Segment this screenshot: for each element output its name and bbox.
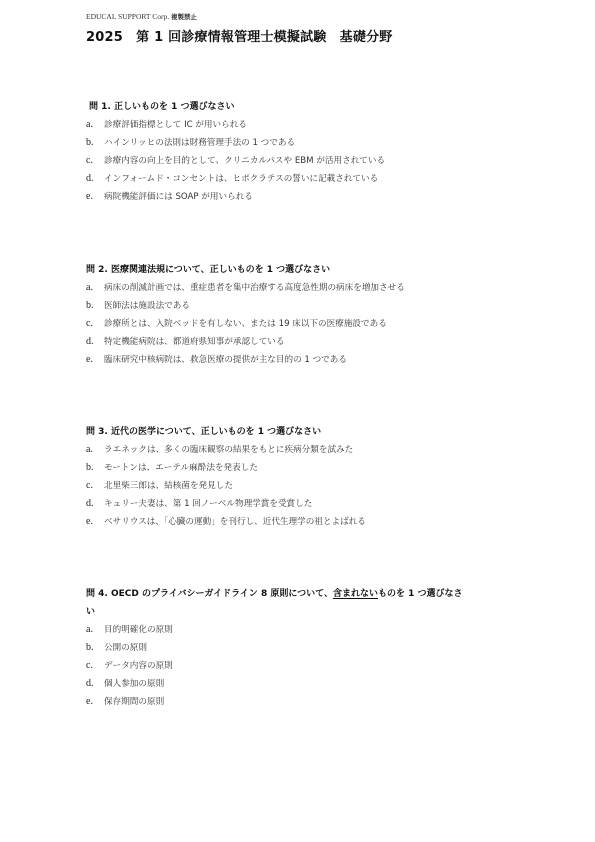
- option-b: b.モートンは、エーテル麻酔法を発表した: [86, 459, 526, 477]
- option-text: 診療評価指標として IC が用いられる: [104, 116, 247, 134]
- option-letter: d.: [86, 333, 104, 351]
- question-heading: 問 3. 近代の医学について、正しいものを 1 つ選びなさい: [86, 423, 526, 441]
- option-e: e.ベサリウスは、「心臓の運動」を刊行し、近代生理学の祖とよばれる: [86, 513, 526, 531]
- question-heading: 問 4. OECD のプライバシーガイドライン 8 原則について、含まれないもの…: [86, 585, 526, 603]
- option-text: インフォームド・コンセントは、ヒポクラテスの誓いに記載されている: [104, 170, 378, 188]
- option-letter: c.: [86, 315, 104, 333]
- option-letter: a.: [86, 441, 104, 459]
- option-text: データ内容の原則: [104, 657, 173, 675]
- question-1: 問 1. 正しいものを 1 つ選びなさい a.診療評価指標として IC が用いら…: [86, 98, 526, 206]
- option-text: 公開の原則: [104, 639, 147, 657]
- option-text: ベサリウスは、「心臓の運動」を刊行し、近代生理学の祖とよばれる: [104, 513, 366, 531]
- option-letter: e.: [86, 188, 104, 206]
- option-letter: c.: [86, 657, 104, 675]
- option-text: キュリー夫妻は、第 1 回ノーベル物理学賞を受賞した: [104, 495, 312, 513]
- option-letter: b.: [86, 297, 104, 315]
- copy-prohibited-notice: 複製禁止: [171, 13, 197, 21]
- option-text: 北里柴三郎は、結核菌を発見した: [104, 477, 233, 495]
- question-prompt-tail: ものを 1 つ選びなさ: [378, 589, 463, 599]
- page-title: 2025 第 1 回診療情報管理士模擬試験 基礎分野: [86, 26, 392, 45]
- option-text: 特定機能病院は、都道府県知事が承認している: [104, 333, 284, 351]
- question-prompt: 正しいものを 1 つ選びなさい: [114, 102, 235, 112]
- option-letter: d.: [86, 675, 104, 693]
- option-text: 診療所とは、入院ベッドを有しない、または 19 床以下の医療施設である: [104, 315, 387, 333]
- option-b: b.公開の原則: [86, 639, 526, 657]
- option-d: d.インフォームド・コンセントは、ヒポクラテスの誓いに記載されている: [86, 170, 526, 188]
- option-text: 病院機能評価には SOAP が用いられる: [104, 188, 253, 206]
- question-4: 問 4. OECD のプライバシーガイドライン 8 原則について、含まれないもの…: [86, 585, 526, 711]
- question-heading-wrap: い: [86, 603, 526, 621]
- option-letter: e.: [86, 693, 104, 711]
- question-prompt: 近代の医学について、正しいものを 1 つ選びなさい: [111, 427, 321, 437]
- option-letter: b.: [86, 639, 104, 657]
- option-e: e.病院機能評価には SOAP が用いられる: [86, 188, 526, 206]
- option-letter: a.: [86, 279, 104, 297]
- option-text: 保存期間の原則: [104, 693, 164, 711]
- question-prompt: OECD のプライバシーガイドライン 8 原則について、: [111, 589, 333, 599]
- page-header: EDUCAL SUPPORT Corp. 複製禁止: [86, 12, 197, 21]
- option-text: 個人参加の原則: [104, 675, 164, 693]
- question-number: 問 2.: [86, 265, 108, 275]
- option-a: a.目的明確化の原則: [86, 621, 526, 639]
- question-number: 問 4.: [86, 589, 108, 599]
- option-b: b.ハインリッヒの法則は財務管理手法の 1 つである: [86, 134, 526, 152]
- option-a: a.診療評価指標として IC が用いられる: [86, 116, 526, 134]
- option-letter: e.: [86, 513, 104, 531]
- option-text: モートンは、エーテル麻酔法を発表した: [104, 459, 258, 477]
- option-letter: e.: [86, 351, 104, 369]
- option-letter: d.: [86, 495, 104, 513]
- option-letter: c.: [86, 152, 104, 170]
- option-c: c.診療内容の向上を目的として、クリニカルパスや EBM が活用されている: [86, 152, 526, 170]
- question-number: 問 3.: [86, 427, 108, 437]
- option-text: ハインリッヒの法則は財務管理手法の 1 つである: [104, 134, 295, 152]
- option-d: d.特定機能病院は、都道府県知事が承認している: [86, 333, 526, 351]
- option-letter: a.: [86, 621, 104, 639]
- question-heading: 問 2. 医療関連法規について、正しいものを 1 つ選びなさい: [86, 261, 526, 279]
- option-letter: d.: [86, 170, 104, 188]
- option-c: c.データ内容の原則: [86, 657, 526, 675]
- option-text: 診療内容の向上を目的として、クリニカルパスや EBM が活用されている: [104, 152, 385, 170]
- question-2: 問 2. 医療関連法規について、正しいものを 1 つ選びなさい a.病床の削減計…: [86, 261, 526, 369]
- option-text: ラエネックは、多くの臨床観察の結果をもとに疾病分類を試みた: [104, 441, 353, 459]
- option-letter: a.: [86, 116, 104, 134]
- question-prompt: 医療関連法規について、正しいものを 1 つ選びなさい: [111, 265, 330, 275]
- option-text: 病床の削減計画では、重症患者を集中治療する高度急性期の病床を増加させる: [104, 279, 405, 297]
- option-d: d.キュリー夫妻は、第 1 回ノーベル物理学賞を受賞した: [86, 495, 526, 513]
- option-text: 臨床研究中核病院は、救急医療の提供が主な目的の 1 つである: [104, 351, 347, 369]
- question-3: 問 3. 近代の医学について、正しいものを 1 つ選びなさい a.ラエネックは、…: [86, 423, 526, 531]
- option-letter: b.: [86, 459, 104, 477]
- question-prompt-emphasis: 含まれない: [333, 589, 378, 599]
- option-text: 目的明確化の原則: [104, 621, 173, 639]
- company-name: EDUCAL SUPPORT Corp.: [86, 12, 169, 21]
- option-b: b.医師法は施設法である: [86, 297, 526, 315]
- option-a: a.ラエネックは、多くの臨床観察の結果をもとに疾病分類を試みた: [86, 441, 526, 459]
- option-c: c.診療所とは、入院ベッドを有しない、または 19 床以下の医療施設である: [86, 315, 526, 333]
- option-letter: b.: [86, 134, 104, 152]
- option-d: d.個人参加の原則: [86, 675, 526, 693]
- question-heading: 問 1. 正しいものを 1 つ選びなさい: [86, 98, 526, 116]
- question-number: 問 1.: [89, 102, 111, 112]
- option-a: a.病床の削減計画では、重症患者を集中治療する高度急性期の病床を増加させる: [86, 279, 526, 297]
- option-e: e.臨床研究中核病院は、救急医療の提供が主な目的の 1 つである: [86, 351, 526, 369]
- option-letter: c.: [86, 477, 104, 495]
- option-text: 医師法は施設法である: [104, 297, 190, 315]
- option-e: e.保存期間の原則: [86, 693, 526, 711]
- option-c: c.北里柴三郎は、結核菌を発見した: [86, 477, 526, 495]
